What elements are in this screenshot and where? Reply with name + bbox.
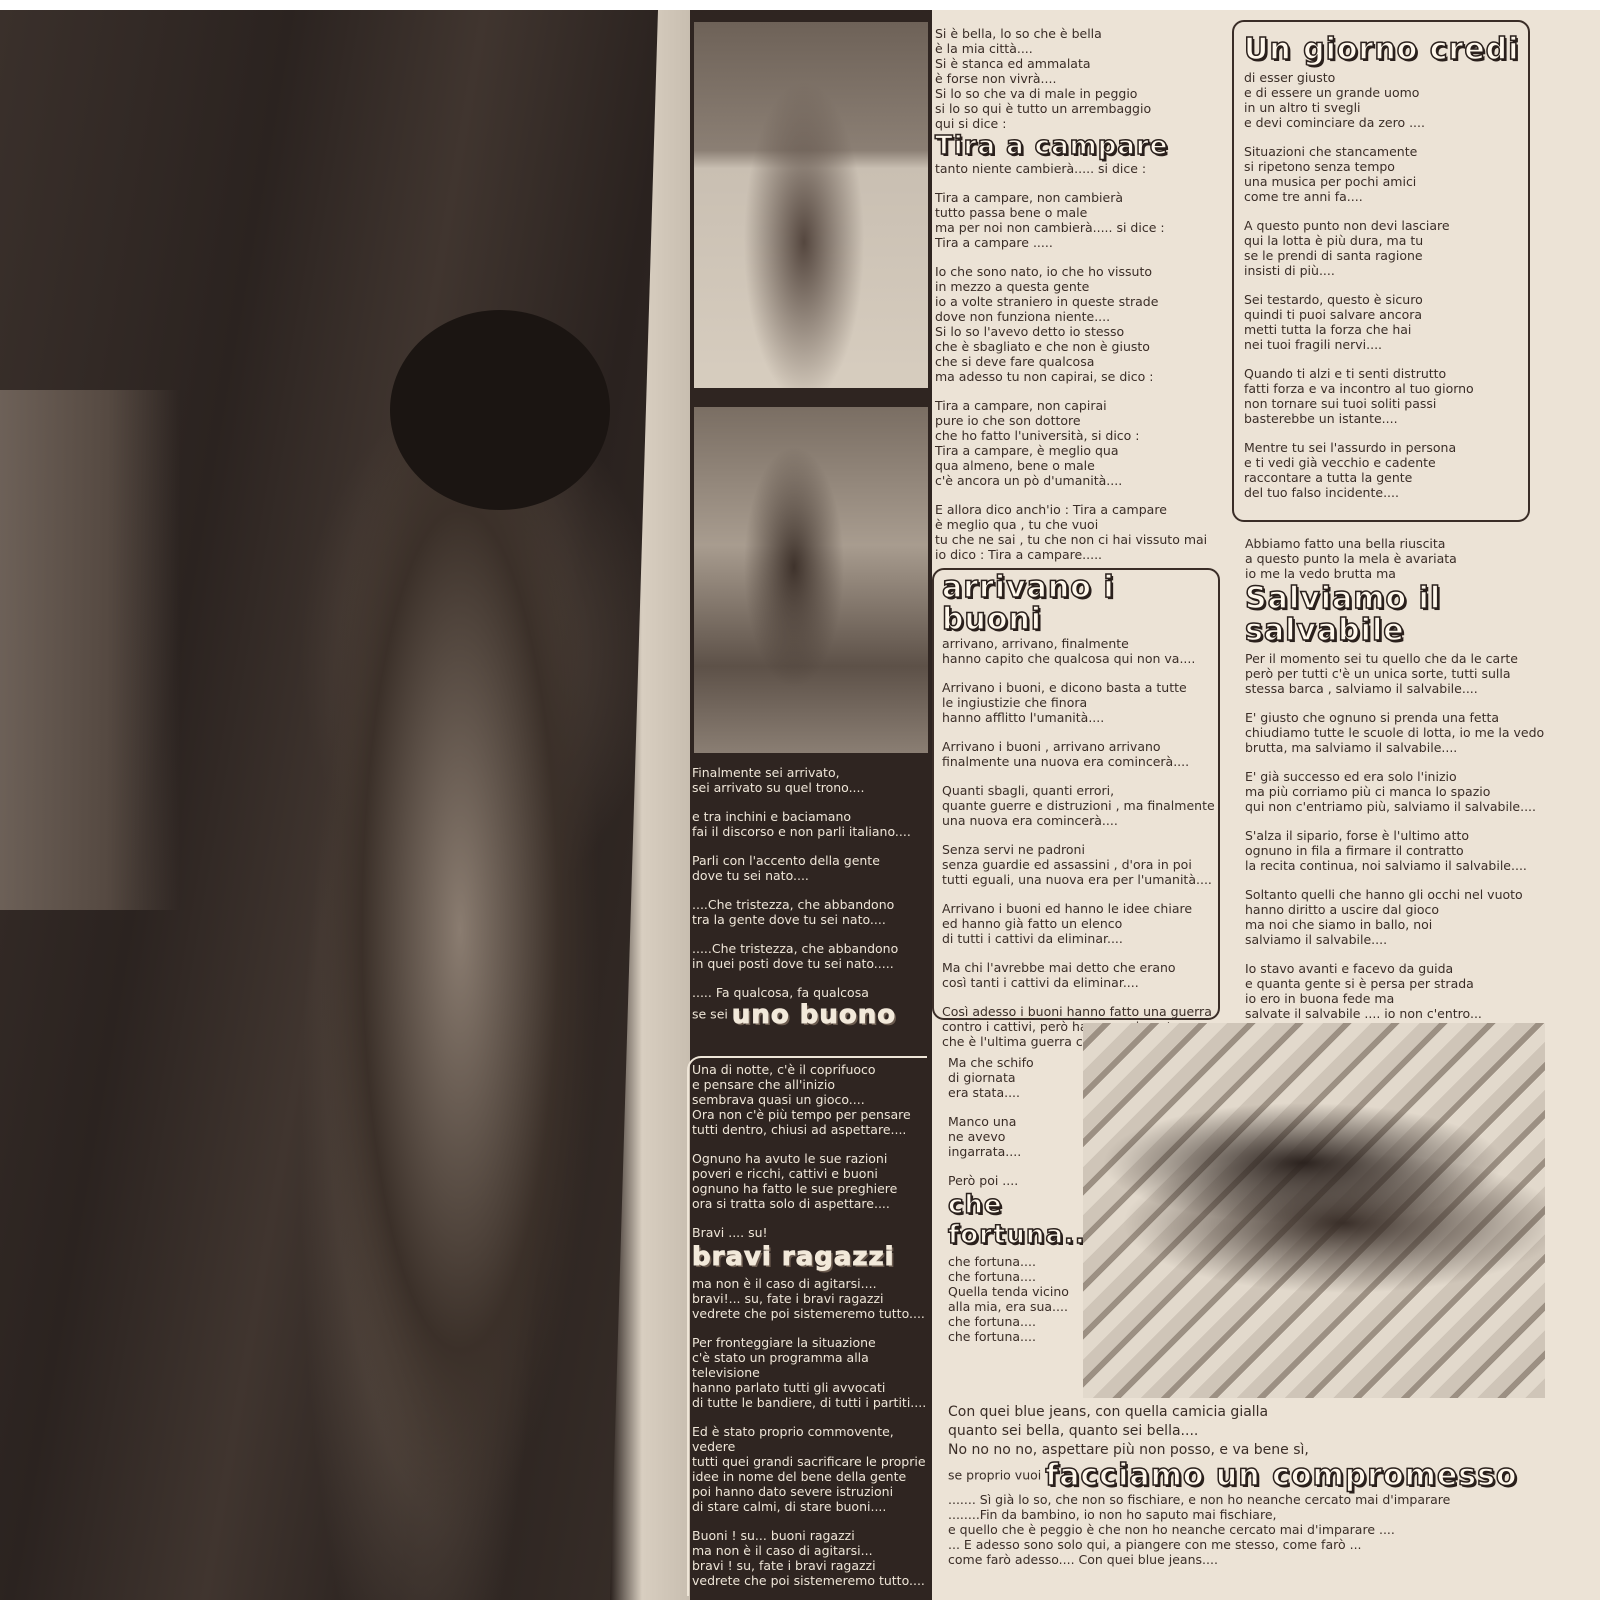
stage-concert-photo <box>692 20 930 390</box>
song-title-salviamo-il-salvabile: Salviamo il salvabile <box>1245 583 1545 647</box>
song-tira-a-campare: Si è bella, lo so che è bella è la mia c… <box>935 26 1230 576</box>
verse: Sei testardo, questo è sicuro quindi ti … <box>1244 292 1524 352</box>
verse: Soltanto quelli che hanno gli occhi nel … <box>1245 887 1545 947</box>
verse: Si è bella, lo so che è bella è la mia c… <box>935 26 1230 116</box>
verse: Quanti sbagli, quanti errori, quante gue… <box>942 783 1218 828</box>
lead-in: se proprio vuoi <box>948 1468 1041 1483</box>
lead-in: Bravi .... su! <box>692 1225 928 1240</box>
verse: .....Che tristezza, che abbandono in que… <box>692 941 928 971</box>
verse: e tra inchini e baciamano fai il discors… <box>692 809 928 839</box>
verse: Mentre tu sei l'assurdo in persona e ti … <box>1244 440 1524 500</box>
verse: Ma che schifo di giornata era stata.... <box>948 1055 1078 1100</box>
verse: Con quei blue jeans, con quella camicia … <box>948 1403 1560 1460</box>
song-uno-buono: Finalmente sei arrivato, sei arrivato su… <box>692 765 928 1030</box>
verse: di esser giusto e di essere un grande uo… <box>1244 70 1524 130</box>
verse: S'alza il sipario, forse è l'ultimo atto… <box>1245 828 1545 873</box>
song-title-tira-a-campare: Tira a campare <box>935 131 1168 161</box>
verse: E' giusto che ognuno si prenda una fetta… <box>1245 710 1545 755</box>
verse: Buoni ! su... buoni ragazzi ma non è il … <box>692 1528 928 1588</box>
verse: Ognuno ha avuto le sue razioni poveri e … <box>692 1151 928 1211</box>
verse: che fortuna.... che fortuna.... Quella t… <box>948 1254 1078 1344</box>
album-inner-sleeve: Finalmente sei arrivato, sei arrivato su… <box>0 10 1600 1600</box>
lead-in: qui si dice : <box>935 116 1006 131</box>
verse: Manco una ne avevo ingarrata.... <box>948 1114 1078 1159</box>
verse: tanto niente cambierà..... si dice : <box>935 161 1230 176</box>
song-salviamo-il-salvabile: Abbiamo fatto una bella riuscita a quest… <box>1245 536 1545 1050</box>
verse: Parli con l'accento della gente dove tu … <box>692 853 928 883</box>
song-title-un-giorno-credi: Un giorno credi <box>1244 34 1524 66</box>
verse: Situazioni che stancamente si ripetono s… <box>1244 144 1524 204</box>
verse: Quando ti alzi e ti senti distrutto fatt… <box>1244 366 1524 426</box>
portrait-hair <box>390 310 610 510</box>
verse: arrivano, arrivano, finalmente hanno cap… <box>942 636 1218 666</box>
wall-light <box>0 390 180 910</box>
verse: Abbiamo fatto una bella riuscita a quest… <box>1245 536 1545 581</box>
verse: Una di notte, c'è il coprifuoco e pensar… <box>692 1062 928 1137</box>
verse: ..... Fa qualcosa, fa qualcosa <box>692 985 928 1000</box>
song-title-arrivano-i-buoni: arrivano i buoni <box>942 572 1218 636</box>
verse: E allora dico anch'io : Tira a campare è… <box>935 502 1230 562</box>
verse: Ma chi l'avrebbe mai detto che erano cos… <box>942 960 1218 990</box>
main-portrait-photo <box>0 10 690 1600</box>
song-title-che-fortuna: che fortuna.. <box>948 1190 1078 1250</box>
song-title-bravi-ragazzi: bravi ragazzi <box>692 1242 928 1272</box>
verse: Io che sono nato, io che ho vissuto in m… <box>935 264 1230 384</box>
song-che-fortuna: Ma che schifo di giornata era stata.... … <box>948 1055 1078 1358</box>
verse: ma non è il caso di agitarsi.... bravi!.… <box>692 1276 928 1321</box>
song-facciamo-un-compromesso: Con quei blue jeans, con quella camicia … <box>948 1403 1560 1567</box>
song-un-giorno-credi: Un giorno credi di esser giusto e di ess… <box>1244 32 1524 514</box>
song-title-uno-buono: uno buono <box>732 1000 896 1030</box>
verse: Senza servi ne padroni senza guardie ed … <box>942 842 1218 887</box>
verse: Finalmente sei arrivato, sei arrivato su… <box>692 765 928 795</box>
verse: Arrivano i buoni , arrivano arrivano fin… <box>942 739 1218 769</box>
verse: ....... Sì già lo so, che non so fischia… <box>948 1492 1560 1567</box>
campsite-tents-photo <box>1083 1023 1545 1398</box>
verse: Arrivano i buoni, e dicono basta a tutte… <box>942 680 1218 725</box>
verse: Per il momento sei tu quello che da le c… <box>1245 651 1545 696</box>
verse: A questo punto non devi lasciare qui la … <box>1244 218 1524 278</box>
lead-in: Però poi .... <box>948 1173 1078 1188</box>
verse: Tira a campare, non capirai pure io che … <box>935 398 1230 488</box>
verse: Tira a campare, non cambierà tutto passa… <box>935 190 1230 250</box>
verse: Per fronteggiare la situazione c'è stato… <box>692 1335 928 1410</box>
verse: E' già successo ed era solo l'inizio ma … <box>1245 769 1545 814</box>
verse: Ed è stato proprio commovente, vedere tu… <box>692 1424 928 1514</box>
verse: ....Che tristezza, che abbandono tra la … <box>692 897 928 927</box>
verse: Arrivano i buoni ed hanno le idee chiare… <box>942 901 1218 946</box>
song-arrivano-i-buoni: arrivano i buoni arrivano, arrivano, fin… <box>942 572 1218 1063</box>
song-title-facciamo-un-compromesso: facciamo un compromesso <box>1045 1460 1517 1492</box>
square-concert-photo <box>692 405 930 755</box>
song-bravi-ragazzi: Una di notte, c'è il coprifuoco e pensar… <box>692 1062 928 1600</box>
lead-in: se sei <box>692 1007 728 1022</box>
